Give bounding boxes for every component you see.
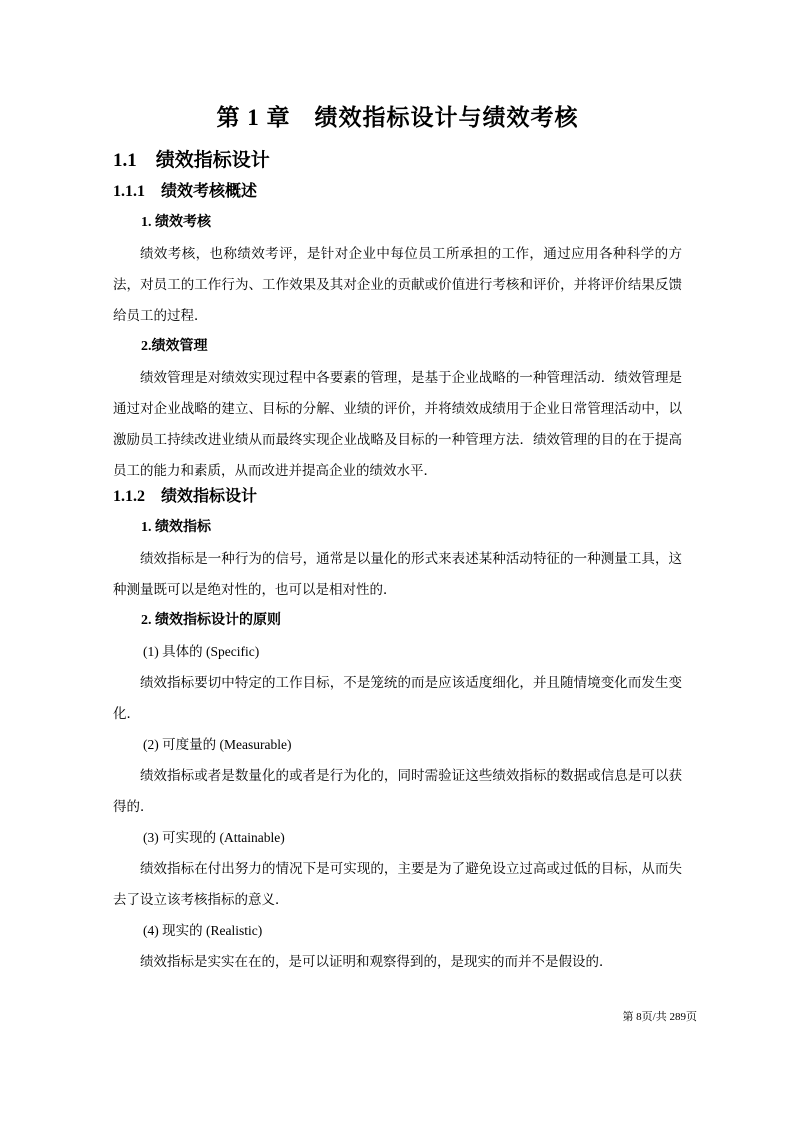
numbered-heading-performance-management: 2.绩效管理 [113,331,682,362]
list-item-realistic: (4) 现实的 (Realistic) [113,915,682,946]
paragraph-attainable: 绩效指标在付出努力的情况下是可实现的，主要是为了避免设立过高或过低的目标，从而失… [113,853,682,915]
paragraph-performance-management: 绩效管理是对绩效实现过程中各要素的管理，是基于企业战略的一种管理活动．绩效管理是… [113,362,682,486]
document-page: 第 1 章 绩效指标设计与绩效考核 1.1 绩效指标设计 1.1.1 绩效考核概… [0,0,793,1122]
paragraph-measurable: 绩效指标或者是数量化的或者是行为化的，同时需验证这些绩效指标的数据或信息是可以获… [113,760,682,822]
chapter-title: 第 1 章 绩效指标设计与绩效考核 [113,103,682,133]
numbered-heading-performance-indicator: 1. 绩效指标 [113,512,682,543]
paragraph-specific: 绩效指标要切中特定的工作目标，不是笼统的而是应该适度细化，并且随情境变化而发生变… [113,667,682,729]
paragraph-performance-indicator: 绩效指标是一种行为的信号，通常是以量化的形式来表述某种活动特征的一种测量工具，这… [113,543,682,605]
list-item-attainable: (3) 可实现的 (Attainable) [113,822,682,853]
page-number-footer: 第 8页/共 289页 [113,1010,697,1025]
list-item-measurable: (2) 可度量的 (Measurable) [113,729,682,760]
list-item-specific: (1) 具体的 (Specific) [113,636,682,667]
numbered-heading-design-principles: 2. 绩效指标设计的原则 [113,605,682,636]
subsection-heading-1-1-1: 1.1.1 绩效考核概述 [113,181,682,203]
section-heading-1-1: 1.1 绩效指标设计 [113,148,682,174]
paragraph-performance-appraisal: 绩效考核，也称绩效考评，是针对企业中每位员工所承担的工作，通过应用各种科学的方法… [113,238,682,331]
subsection-heading-1-1-2: 1.1.2 绩效指标设计 [113,486,682,508]
paragraph-realistic: 绩效指标是实实在在的，是可以证明和观察得到的，是现实的而并不是假设的． [113,946,682,977]
numbered-heading-performance-appraisal: 1. 绩效考核 [113,207,682,238]
